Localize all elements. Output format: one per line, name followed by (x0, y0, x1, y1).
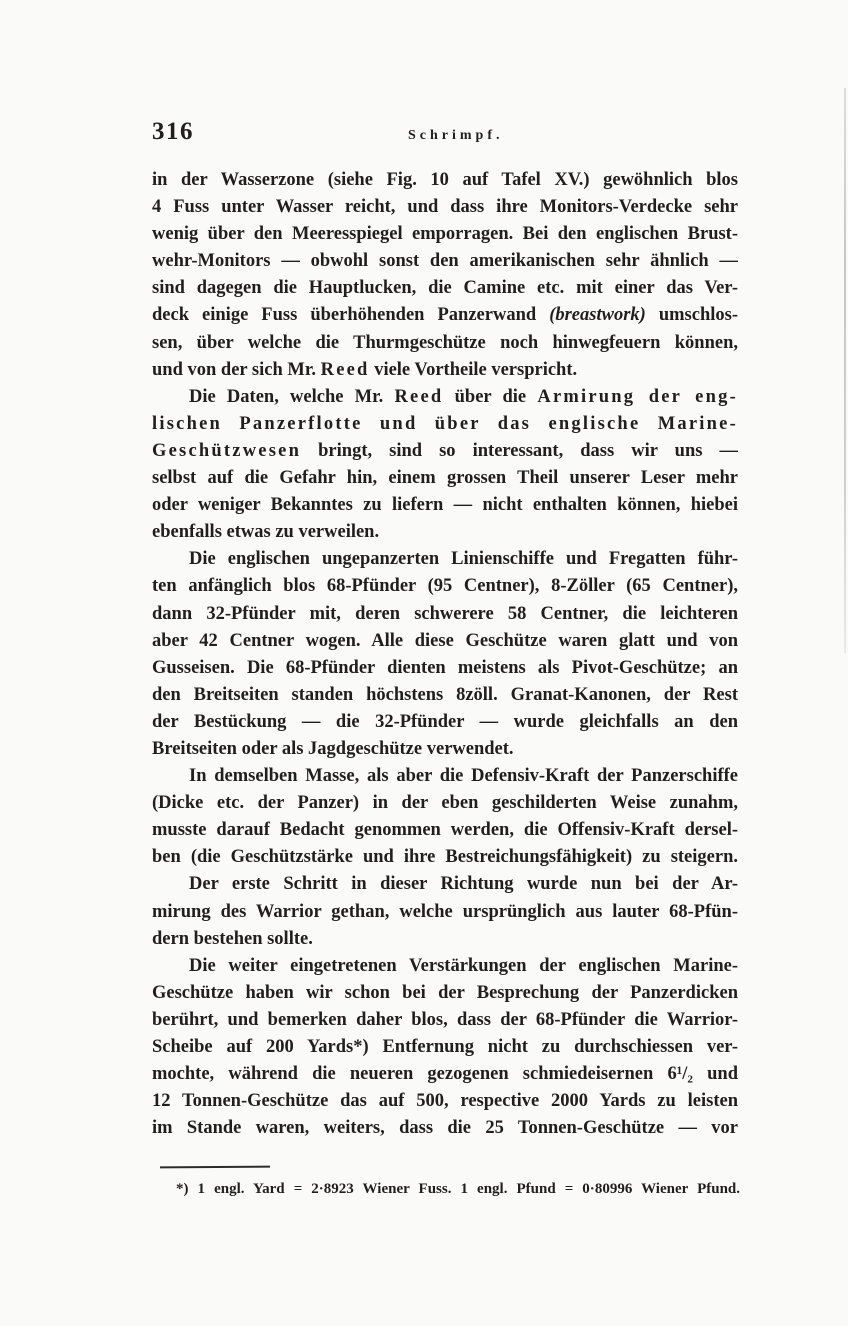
body-line: (Dicke etc. der Panzer) in der eben gesc… (152, 790, 738, 817)
footnote: *) 1 engl. Yard = 2·8923 Wiener Fuss. 1 … (152, 1181, 740, 1198)
body-text-segment: sind dagegen die Hauptlucken, die Camine… (152, 278, 738, 298)
body-text-segment: sen, über welche die Thurmgeschütze noch… (152, 333, 738, 353)
body-text-segment: den Breitseiten standen höchstens 8zöll.… (152, 685, 738, 705)
body-text: in der Wasserzone (siehe Fig. 10 auf Taf… (152, 167, 738, 1142)
body-line: Geschützwesen bringt, sind so interessan… (152, 438, 738, 465)
running-head: Schrimpf. (408, 128, 504, 144)
scan-edge-line (844, 88, 846, 653)
body-line: Gusseisen. Die 68-Pfünder dienten meiste… (152, 655, 738, 682)
body-text-segment: In demselben Masse, als aber die Defensi… (189, 766, 738, 786)
body-text-segment: Die englischen ungepanzerten Linienschif… (189, 549, 738, 569)
body-text-segment: oder weniger Bekanntes zu liefern — nich… (152, 495, 738, 515)
body-text-segment: Die Daten, welche Mr. (189, 387, 394, 407)
body-text-segment: dern bestehen sollte. (152, 929, 313, 949)
body-line: mirung des Warrior gethan, welche ursprü… (152, 899, 738, 926)
body-text-segment: ebenfalls etwas zu verweilen. (152, 522, 379, 542)
footnote-text: 1 engl. Yard = 2·8923 Wiener Fuss. 1 eng… (189, 1181, 741, 1197)
body-text-segment: ben (die Geschützstärke und ihre Bestrei… (152, 847, 738, 867)
letterspaced-text: Geschützwesen (152, 441, 301, 461)
body-text-segment: Gusseisen. Die 68-Pfünder dienten meiste… (152, 658, 738, 678)
body-line: Breitseiten oder als Jagdgeschütze verwe… (152, 736, 738, 763)
body-text-segment: im Stande waren, weiters, dass die 25 To… (152, 1118, 738, 1138)
scanned-book-page: 316 Schrimpf. in der Wasserzone (siehe F… (0, 0, 848, 1326)
body-line: ebenfalls etwas zu verweilen. (152, 519, 738, 546)
body-text-segment: mochte, während die neueren gezogenen sc… (152, 1064, 738, 1084)
body-text-segment: viele Vortheile verspricht. (370, 360, 578, 380)
body-line: selbst auf die Gefahr hin, einem grossen… (152, 465, 738, 492)
body-line: sen, über welche die Thurmgeschütze noch… (152, 330, 738, 357)
body-line: dern bestehen sollte. (152, 926, 738, 953)
body-line: berührt, und bemerken daher blos, dass d… (152, 1007, 738, 1034)
body-line: wehr-Monitors — obwohl sonst den amerika… (152, 248, 738, 275)
body-text-segment: bringt, sind so interessant, dass wir un… (301, 441, 738, 461)
body-line: In demselben Masse, als aber die Defensi… (152, 763, 738, 790)
body-line: ben (die Geschützstärke und ihre Bestrei… (152, 844, 738, 871)
body-text-segment: deck einige Fuss überhöhenden Panzerwand (152, 305, 549, 325)
body-text-segment: in der Wasserzone (siehe Fig. 10 auf Taf… (152, 170, 738, 190)
body-line: Die Daten, welche Mr. Reed über die Armi… (152, 384, 738, 411)
body-text-segment: Geschütze haben wir schon bei der Bespre… (152, 983, 738, 1003)
body-line: den Breitseiten standen höchstens 8zöll.… (152, 682, 738, 709)
body-text-segment: Die weiter eingetretenen Verstärkungen d… (189, 956, 738, 976)
body-text-segment: aber 42 Centner wogen. Alle diese Geschü… (152, 631, 738, 651)
body-text-segment: Der erste Schritt in dieser Richtung wur… (189, 874, 738, 894)
body-line: 12 Tonnen-Geschütze das auf 500, respect… (152, 1088, 738, 1115)
body-line: Die englischen ungepanzerten Linienschif… (152, 546, 738, 573)
body-line: Der erste Schritt in dieser Richtung wur… (152, 871, 738, 898)
body-text-segment: Breitseiten oder als Jagdgeschütze verwe… (152, 739, 514, 759)
body-text-segment: (Dicke etc. der Panzer) in der eben gesc… (152, 793, 738, 813)
footnote-rule (160, 1166, 270, 1169)
body-line: 4 Fuss unter Wasser reicht, und dass ihr… (152, 194, 738, 221)
body-text-segment: und von der sich Mr. (152, 360, 321, 380)
body-line: deck einige Fuss überhöhenden Panzerwand… (152, 302, 738, 329)
body-line: aber 42 Centner wogen. Alle diese Geschü… (152, 628, 738, 655)
body-line: Die weiter eingetretenen Verstärkungen d… (152, 953, 738, 980)
body-line: Scheibe auf 200 Yards*) Entfernung nicht… (152, 1034, 738, 1061)
body-text-segment: selbst auf die Gefahr hin, einem grossen… (152, 468, 738, 488)
footnote-marker: *) (176, 1181, 189, 1197)
body-line: im Stande waren, weiters, dass die 25 To… (152, 1115, 738, 1142)
body-line: musste darauf Bedacht genommen werden, d… (152, 817, 738, 844)
italic-text: (breastwork) (549, 305, 646, 325)
body-line: wenig über den Meeresspiegel emporragen.… (152, 221, 738, 248)
body-text-segment: wehr-Monitors — obwohl sonst den amerika… (152, 251, 738, 271)
body-text-segment: über die (443, 387, 537, 407)
body-text-segment: musste darauf Bedacht genommen werden, d… (152, 820, 738, 840)
body-text-segment: der Bestückung — die 32-Pfünder — wurde … (152, 712, 738, 732)
body-line: lischen Panzerflotte und über das englis… (152, 411, 738, 438)
body-text-segment: ten anfänglich blos 68-Pfünder (95 Centn… (152, 576, 738, 596)
body-line: in der Wasserzone (siehe Fig. 10 auf Taf… (152, 167, 738, 194)
body-text-segment: mirung des Warrior gethan, welche ursprü… (152, 902, 738, 922)
body-line: und von der sich Mr. Reed viele Vortheil… (152, 357, 738, 384)
page-number: 316 (152, 118, 194, 146)
letterspaced-text: Armirung der eng- (537, 387, 738, 407)
body-text-segment: umschlos- (646, 305, 738, 325)
body-line: dann 32-Pfünder mit, deren schwerere 58 … (152, 601, 738, 628)
body-line: mochte, während die neueren gezogenen sc… (152, 1061, 738, 1088)
body-text-segment: berührt, und bemerken daher blos, dass d… (152, 1010, 738, 1030)
body-text-segment: Scheibe auf 200 Yards*) Entfernung nicht… (152, 1037, 738, 1057)
body-text-segment: 12 Tonnen-Geschütze das auf 500, respect… (152, 1091, 738, 1111)
body-line: ten anfänglich blos 68-Pfünder (95 Centn… (152, 573, 738, 600)
body-line: der Bestückung — die 32-Pfünder — wurde … (152, 709, 738, 736)
letterspaced-text: lischen Panzerflotte und über das englis… (152, 414, 738, 434)
letterspaced-text: Reed (321, 360, 370, 380)
body-line: sind dagegen die Hauptlucken, die Camine… (152, 275, 738, 302)
letterspaced-text: Reed (394, 387, 443, 407)
body-text-segment: 4 Fuss unter Wasser reicht, und dass ihr… (152, 197, 738, 217)
body-line: oder weniger Bekanntes zu liefern — nich… (152, 492, 738, 519)
body-text-segment: dann 32-Pfünder mit, deren schwerere 58 … (152, 604, 738, 624)
body-line: Geschütze haben wir schon bei der Bespre… (152, 980, 738, 1007)
body-text-segment: wenig über den Meeresspiegel emporragen.… (152, 224, 738, 244)
